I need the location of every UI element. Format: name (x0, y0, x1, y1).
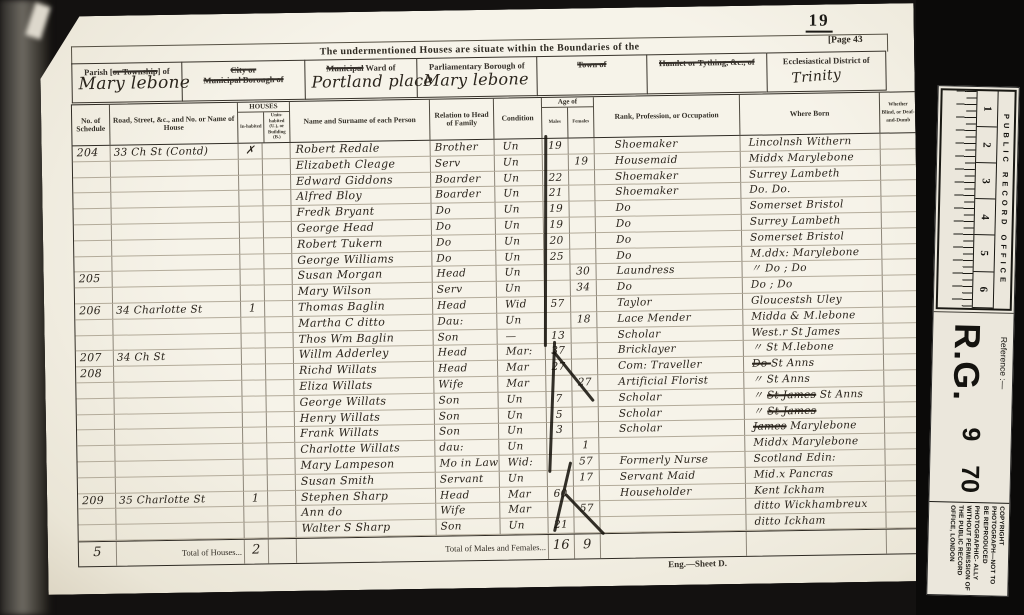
cell-relation: Wife (436, 503, 500, 520)
ruler-number: 6 (973, 272, 994, 309)
text-segment: St James (767, 388, 816, 401)
cell-schedule (78, 462, 116, 478)
cell-schedule (73, 177, 111, 193)
cell-inhabited (243, 396, 267, 412)
cell-uninhabited (265, 285, 293, 301)
ruler-number: 1 (977, 91, 998, 128)
cell-relation: Son (434, 392, 498, 409)
reference-item: 70 (929, 456, 1010, 503)
cell-relation: Dau: (433, 314, 497, 331)
ruler-number: 2 (976, 127, 997, 164)
cell-uninhabited (266, 348, 294, 364)
cell-inhabited (244, 475, 268, 491)
cell-condition: Un (499, 439, 547, 456)
cell-age-female: 30 (570, 265, 596, 281)
cell-relation: Brother (431, 140, 495, 157)
cell-infirmity (881, 149, 917, 165)
cell-relation: Head (436, 487, 500, 504)
cell-condition: Un (495, 155, 543, 172)
cell-uninhabited (264, 222, 292, 238)
cell-uninhabited (265, 317, 293, 333)
cell-age-male (548, 470, 574, 486)
col-header-inhabited: In-habited (238, 112, 264, 142)
text-segment: City or (230, 65, 256, 75)
text-segment: St Anns (771, 357, 815, 370)
cell-relation: Do (432, 219, 496, 236)
pro-reference-strip-content: PUBLIC RECORD OFFICE 123456 Reference :—… (927, 86, 1019, 596)
cell-condition: Un (499, 423, 547, 440)
cell-age-male: 19 (543, 202, 569, 218)
header-box-value: Mary lebone (78, 73, 190, 95)
cell-inhabited (241, 270, 265, 286)
cell-relation: dau: (435, 440, 499, 457)
cell-inhabited (244, 507, 268, 523)
census-table: No. of Schedule Road, Street, &c., and N… (71, 91, 924, 567)
cell-schedule (75, 320, 113, 336)
cell-relation: Head (432, 266, 496, 283)
header-box-value: Trinity (791, 67, 842, 87)
col-header-age: Age of Males Females (542, 97, 595, 138)
cell-uninhabited (266, 396, 294, 412)
col-header-name: Name and Surname of each Person (290, 100, 431, 142)
cell-age-female: 17 (574, 470, 600, 486)
header-box-value: Mary lebone (423, 69, 529, 90)
cell-uninhabited (268, 506, 296, 522)
reference-block: Reference :— R.G. (931, 311, 1013, 413)
cell-infirmity (881, 165, 917, 181)
cell-inhabited (243, 459, 267, 475)
cell-inhabited (239, 175, 263, 191)
cell-condition: Un (495, 186, 543, 203)
cell-condition: Mar: (498, 344, 546, 361)
header-box-label: City orMunicipal Borough of (182, 61, 304, 86)
scanned-census-photo: { "page": { "sheet_number": "19", "page_… (0, 0, 1024, 615)
cell-name: Walter S Sharp (296, 520, 436, 538)
total-females-value: 9 (575, 534, 601, 558)
cell-infirmity (880, 133, 916, 149)
cell-schedule: 209 (78, 493, 116, 509)
cell-condition: Un (496, 218, 544, 235)
cell-condition: Un (496, 250, 544, 267)
cell-schedule: 206 (75, 304, 113, 320)
ruler: PUBLIC RECORD OFFICE 123456 (936, 88, 1017, 310)
cell-schedule (73, 193, 111, 209)
cell-relation: Mo in Law (435, 456, 499, 473)
cell-uninhabited (263, 190, 291, 206)
cell-schedule (76, 335, 114, 351)
cell-infirmity (882, 228, 918, 244)
cell-inhabited (242, 365, 266, 381)
cell-condition: — (497, 329, 545, 346)
cell-schedule (77, 430, 115, 446)
cell-uninhabited (263, 143, 291, 159)
col-header-schedule: No. of Schedule (72, 105, 111, 146)
cell-condition: Un (496, 234, 544, 251)
cell-condition: Mar (500, 502, 548, 519)
cell-inhabited: 1 (241, 301, 265, 317)
cell-schedule (79, 525, 117, 541)
cell-age-male: 57 (545, 297, 571, 313)
cell-relation: Do (432, 250, 496, 267)
cell-relation: Serv (433, 282, 497, 299)
text-segment: St Anns (816, 388, 863, 401)
cell-inhabited (242, 349, 266, 365)
cell-inhabited (242, 333, 266, 349)
text-segment: 〃 (752, 389, 767, 401)
ruler-number: 5 (974, 235, 995, 272)
cell-uninhabited (268, 522, 296, 538)
cell-condition: Un (497, 313, 545, 330)
cell-born: ditto Ickham (746, 513, 886, 531)
cell-infirmity (882, 244, 918, 260)
cell-schedule (74, 256, 112, 272)
cell-condition: Wid (497, 297, 545, 314)
cell-age-male: 21 (548, 518, 574, 534)
cell-relation: Serv (431, 156, 495, 173)
cell-age-female: 19 (569, 154, 595, 170)
cell-age-female (568, 138, 594, 154)
cell-age-female: 34 (571, 280, 597, 296)
col-header-condition: Condition (494, 98, 543, 139)
pro-reference-strip: PUBLIC RECORD OFFICE 123456 Reference :—… (926, 85, 1020, 597)
cell-uninhabited (266, 364, 294, 380)
cell-uninhabited (267, 427, 295, 443)
cell-infirmity (883, 323, 919, 339)
header-box-label: Hamlet or Tything, &c., of (647, 53, 766, 68)
cell-road (117, 523, 245, 541)
text-segment: Do (752, 358, 771, 370)
cell-inhabited (240, 222, 264, 238)
cell-age-female (573, 423, 599, 439)
cell-inhabited (244, 522, 268, 538)
cell-schedule: 207 (76, 351, 114, 367)
sheet-footer: Eng.—Sheet D. (668, 558, 727, 569)
cell-schedule (78, 477, 116, 493)
cell-age-male (544, 265, 570, 281)
header-box: City orMunicipal Borough of (181, 60, 305, 102)
cell-condition: Wid: (499, 455, 547, 472)
text-segment: Hamlet or Tything, &c., of (659, 57, 755, 69)
cell-inhabited (243, 428, 267, 444)
cell-uninhabited (264, 238, 292, 254)
header-box-label: Ecclesiastical District of (767, 52, 885, 67)
header-box: Municipal Ward ofPortland place (304, 58, 417, 100)
copyright-notice: COPYRIGHT PHOTOGRAPH—NOT TO BE REPRODUCE… (927, 501, 1009, 596)
cell-inhabited (243, 412, 267, 428)
cell-age-male (545, 281, 571, 297)
cell-age-male: 25 (544, 249, 570, 265)
cell-condition: Un (495, 171, 543, 188)
cell-age-female (571, 296, 597, 312)
cell-inhabited (240, 207, 264, 223)
cell-schedule (74, 241, 112, 257)
col-header-born: Where Born (740, 93, 881, 135)
cell-inhabited: ✗ (239, 143, 263, 159)
cell-age-female (573, 407, 599, 423)
cell-age-female (569, 170, 595, 186)
text-segment: Town of (577, 59, 606, 69)
total-houses-label: Total of Houses... (117, 540, 245, 566)
cell-relation: Boarder (431, 171, 495, 188)
reference-series: R.G. (931, 312, 995, 413)
cell-relation: Head (433, 298, 497, 315)
header-box: Town of (536, 54, 647, 96)
header-box: Hamlet or Tything, &c., of (646, 52, 767, 94)
cell-condition: Un (495, 139, 543, 156)
cell-relation: Son (435, 408, 499, 425)
cell-infirmity (883, 291, 919, 307)
cell-condition: Un (495, 202, 543, 219)
col-header-relation: Relation to Head of Family (430, 99, 495, 140)
cell-condition: Un (496, 265, 544, 282)
sheet-number: 19 (806, 11, 833, 33)
cell-schedule (78, 509, 116, 525)
cell-inhabited (240, 238, 264, 254)
header-box: Ecclesiastical District ofTrinity (766, 51, 887, 93)
cell-schedule: 205 (75, 272, 113, 288)
table-body: 20433 Ch St (Contd)✗Robert RedaleBrother… (73, 133, 923, 541)
totals-spacer (601, 532, 747, 558)
cell-condition: Un (499, 408, 547, 425)
cell-condition: Un (497, 281, 545, 298)
cell-uninhabited (267, 443, 295, 459)
cell-relation: Do (432, 235, 496, 252)
cell-age-male: 20 (544, 233, 570, 249)
cell-uninhabited (263, 175, 291, 191)
col-header-road: Road, Street, &c., and No. or Name of Ho… (110, 103, 239, 145)
cell-inhabited (242, 380, 266, 396)
cell-uninhabited (264, 254, 292, 270)
text-segment: James (753, 421, 787, 434)
cell-relation: Boarder (431, 187, 495, 204)
header-box-label: Town of (537, 55, 646, 70)
text-segment: Ecclesiastical District of (783, 55, 870, 66)
ruler-number: 3 (975, 163, 996, 200)
cell-condition: Mar (498, 360, 546, 377)
cell-age-female (569, 186, 595, 202)
census-sheet: 19 [Page 43 The undermentioned Houses ar… (40, 3, 923, 595)
reference-label: Reference :— (993, 313, 1013, 413)
cell-relation: Head (434, 345, 498, 362)
total-mf-label: Total of Males and Females... (297, 535, 549, 563)
totals-spacer (269, 539, 297, 563)
cell-schedule (75, 288, 113, 304)
cell-infirmity (882, 259, 918, 275)
cell-age-male: 19 (544, 218, 570, 234)
cell-uninhabited (268, 475, 296, 491)
cell-relation: Servant (436, 471, 500, 488)
totals-spacer (747, 530, 887, 556)
cell-uninhabited (265, 269, 293, 285)
cell-relation: Wife (434, 377, 498, 394)
text-segment: 〃 (753, 405, 768, 417)
cell-schedule (77, 399, 115, 415)
cell-schedule (77, 414, 115, 430)
cell-infirmity (883, 307, 919, 323)
col-header-occupation: Rank, Profession, or Occupation (594, 95, 741, 137)
text-segment: Municipal Borough of (203, 74, 283, 85)
cell-age-female (570, 249, 596, 265)
cell-condition: Un (500, 471, 548, 488)
cell-inhabited (239, 159, 263, 175)
cell-infirmity (884, 338, 920, 354)
cell-condition: Mar (500, 487, 548, 504)
cell-age-female: 57 (573, 454, 599, 470)
header-box-value: Portland place (311, 71, 433, 92)
cell-inhabited (241, 317, 265, 333)
cell-condition: Un (500, 518, 548, 535)
cell-inhabited (240, 254, 264, 270)
col-header-houses: HOUSES In-habited Unin-habited (U.), or … (238, 102, 291, 143)
cell-schedule: 208 (76, 367, 114, 383)
total-males-value: 16 (549, 534, 575, 558)
total-houses-value: 2 (245, 539, 269, 563)
cell-age-female: 1 (573, 438, 599, 454)
cell-relation: Son (433, 329, 497, 346)
cell-uninhabited (263, 159, 291, 175)
cell-schedule (74, 209, 112, 225)
cell-age-female (572, 359, 598, 375)
cell-inhabited (243, 444, 267, 460)
cell-age-female (570, 233, 596, 249)
col-header-males: Males (542, 108, 568, 138)
cell-schedule (76, 383, 114, 399)
cell-condition: Mar (498, 376, 546, 393)
cell-uninhabited (265, 301, 293, 317)
cell-relation: Son (435, 424, 499, 441)
col-header-infirm: Whether Blind, or Deaf-and-Dumb (880, 92, 917, 133)
cell-age-female (574, 486, 600, 502)
col-header-uninhabited: Unin-habited (U.), or Building (B.) (264, 112, 289, 142)
cell-uninhabited (268, 490, 296, 506)
cell-infirmity (881, 196, 917, 212)
text-segment: Marylebone (786, 419, 856, 432)
cell-age-female: 18 (571, 312, 597, 328)
cell-uninhabited (264, 206, 292, 222)
cell-relation: Do (432, 203, 496, 220)
cell-infirmity (881, 181, 917, 197)
col-header-females: Females (568, 107, 593, 137)
cell-schedule (73, 162, 111, 178)
cell-relation: Head (434, 361, 498, 378)
cell-inhabited: 1 (244, 491, 268, 507)
cell-age-female (572, 344, 598, 360)
cell-relation: Son (436, 519, 500, 536)
cell-age-male (545, 312, 571, 328)
cell-schedule (77, 446, 115, 462)
header-box: Parish [or Township] ofMary lebone (71, 62, 182, 104)
cell-inhabited (241, 286, 265, 302)
cell-age-female (570, 217, 596, 233)
cell-uninhabited (266, 380, 294, 396)
totals-schedule-note: 5 (79, 542, 117, 567)
cell-infirmity (883, 275, 919, 291)
cell-condition: Un (498, 392, 546, 409)
cell-infirmity (884, 370, 920, 386)
text-segment: St James (767, 404, 816, 417)
cell-schedule (74, 225, 112, 241)
cell-infirmity (884, 354, 920, 370)
cell-age-male: 13 (545, 328, 571, 344)
reference-piece: 9 (930, 411, 1011, 458)
cell-age-female (569, 201, 595, 217)
ruler-number: 4 (974, 199, 995, 236)
cell-inhabited (239, 191, 263, 207)
cell-uninhabited (266, 333, 294, 349)
cell-schedule: 204 (73, 146, 111, 162)
cell-age-female (571, 328, 597, 344)
cell-age-male (546, 376, 572, 392)
cell-occupation (600, 515, 746, 533)
cell-uninhabited (267, 411, 295, 427)
cell-uninhabited (267, 459, 295, 475)
cell-infirmity (882, 212, 918, 228)
pen-stroke (544, 135, 547, 347)
header-box: Parliamentary Borough ofMary lebone (416, 56, 537, 98)
